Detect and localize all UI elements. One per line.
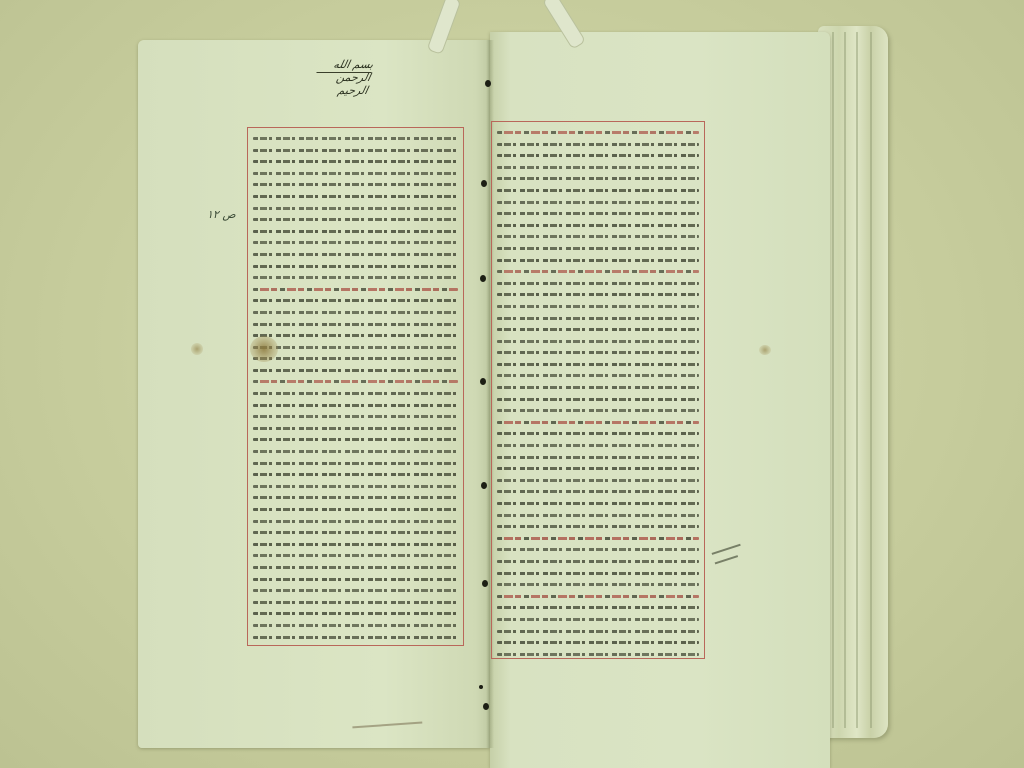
text-line	[497, 219, 699, 231]
text-line	[253, 445, 458, 457]
text-line	[253, 236, 458, 248]
sewing-hole	[480, 378, 486, 385]
text-line	[497, 323, 699, 335]
text-line	[497, 451, 699, 463]
text-line	[497, 358, 699, 370]
text-line	[497, 126, 699, 138]
text-line	[497, 161, 699, 173]
text-line	[253, 631, 458, 643]
text-line	[253, 294, 458, 306]
text-line	[497, 335, 699, 347]
text-line	[253, 225, 458, 237]
text-line	[497, 207, 699, 219]
text-line	[253, 352, 458, 364]
text-line	[253, 515, 458, 527]
stain	[759, 345, 771, 355]
text-line	[497, 172, 699, 184]
text-line	[253, 260, 458, 272]
stain	[191, 343, 203, 355]
left-text-block	[247, 127, 464, 646]
stain	[250, 336, 278, 362]
text-line	[253, 538, 458, 550]
text-line	[253, 399, 458, 411]
text-line	[253, 271, 458, 283]
text-line	[497, 312, 699, 324]
text-line	[253, 341, 458, 353]
text-line	[497, 485, 699, 497]
text-line	[253, 178, 458, 190]
text-line	[497, 196, 699, 208]
text-line	[253, 480, 458, 492]
text-line	[253, 607, 458, 619]
sewing-hole	[481, 482, 487, 489]
text-line	[253, 561, 458, 573]
text-line	[497, 590, 699, 602]
text-line	[253, 318, 458, 330]
sewing-hole	[480, 275, 486, 282]
sewing-hole	[479, 685, 483, 689]
text-line	[253, 433, 458, 445]
text-line	[497, 427, 699, 439]
text-line	[497, 555, 699, 567]
text-line	[497, 601, 699, 613]
text-line	[253, 283, 458, 295]
text-line	[497, 532, 699, 544]
text-line	[253, 132, 458, 144]
text-line	[497, 184, 699, 196]
text-line	[497, 625, 699, 637]
text-line	[497, 474, 699, 486]
text-line	[497, 265, 699, 277]
text-line	[253, 167, 458, 179]
sewing-hole	[482, 580, 488, 587]
text-line	[253, 213, 458, 225]
sewing-hole	[483, 703, 489, 710]
text-line	[497, 439, 699, 451]
text-line	[497, 509, 699, 521]
header-invocation: بسم الله الرحمن الرحيم	[316, 58, 374, 73]
text-line	[253, 364, 458, 376]
text-line	[253, 503, 458, 515]
text-line	[253, 329, 458, 341]
text-line	[253, 619, 458, 631]
text-line	[497, 288, 699, 300]
text-line	[253, 306, 458, 318]
text-line	[253, 190, 458, 202]
text-line	[497, 346, 699, 358]
folio-note: ص ١٢	[207, 208, 236, 221]
text-line	[497, 543, 699, 555]
text-line	[253, 410, 458, 422]
text-line	[497, 462, 699, 474]
text-line	[253, 457, 458, 469]
text-line	[497, 393, 699, 405]
text-line	[497, 416, 699, 428]
text-line	[253, 202, 458, 214]
text-line	[253, 526, 458, 538]
text-line	[497, 636, 699, 648]
sewing-hole	[481, 180, 487, 187]
text-line	[497, 230, 699, 242]
text-line	[497, 567, 699, 579]
text-line	[253, 248, 458, 260]
text-line	[497, 242, 699, 254]
text-line	[253, 549, 458, 561]
text-line	[497, 578, 699, 590]
text-line	[497, 613, 699, 625]
text-line	[497, 149, 699, 161]
text-line	[497, 404, 699, 416]
text-line	[497, 381, 699, 393]
text-line	[253, 144, 458, 156]
text-line	[497, 254, 699, 266]
text-line	[497, 138, 699, 150]
text-line	[497, 369, 699, 381]
text-line	[497, 648, 699, 659]
sewing-hole	[485, 80, 491, 87]
text-line	[497, 497, 699, 509]
text-line	[253, 155, 458, 167]
text-line	[253, 573, 458, 585]
text-line	[253, 422, 458, 434]
text-line	[253, 387, 458, 399]
text-line	[497, 277, 699, 289]
right-text-block	[491, 121, 705, 659]
text-line	[497, 300, 699, 312]
text-line	[253, 375, 458, 387]
text-line	[253, 468, 458, 480]
text-line	[253, 491, 458, 503]
text-line	[253, 596, 458, 608]
text-line	[253, 584, 458, 596]
text-line	[497, 520, 699, 532]
